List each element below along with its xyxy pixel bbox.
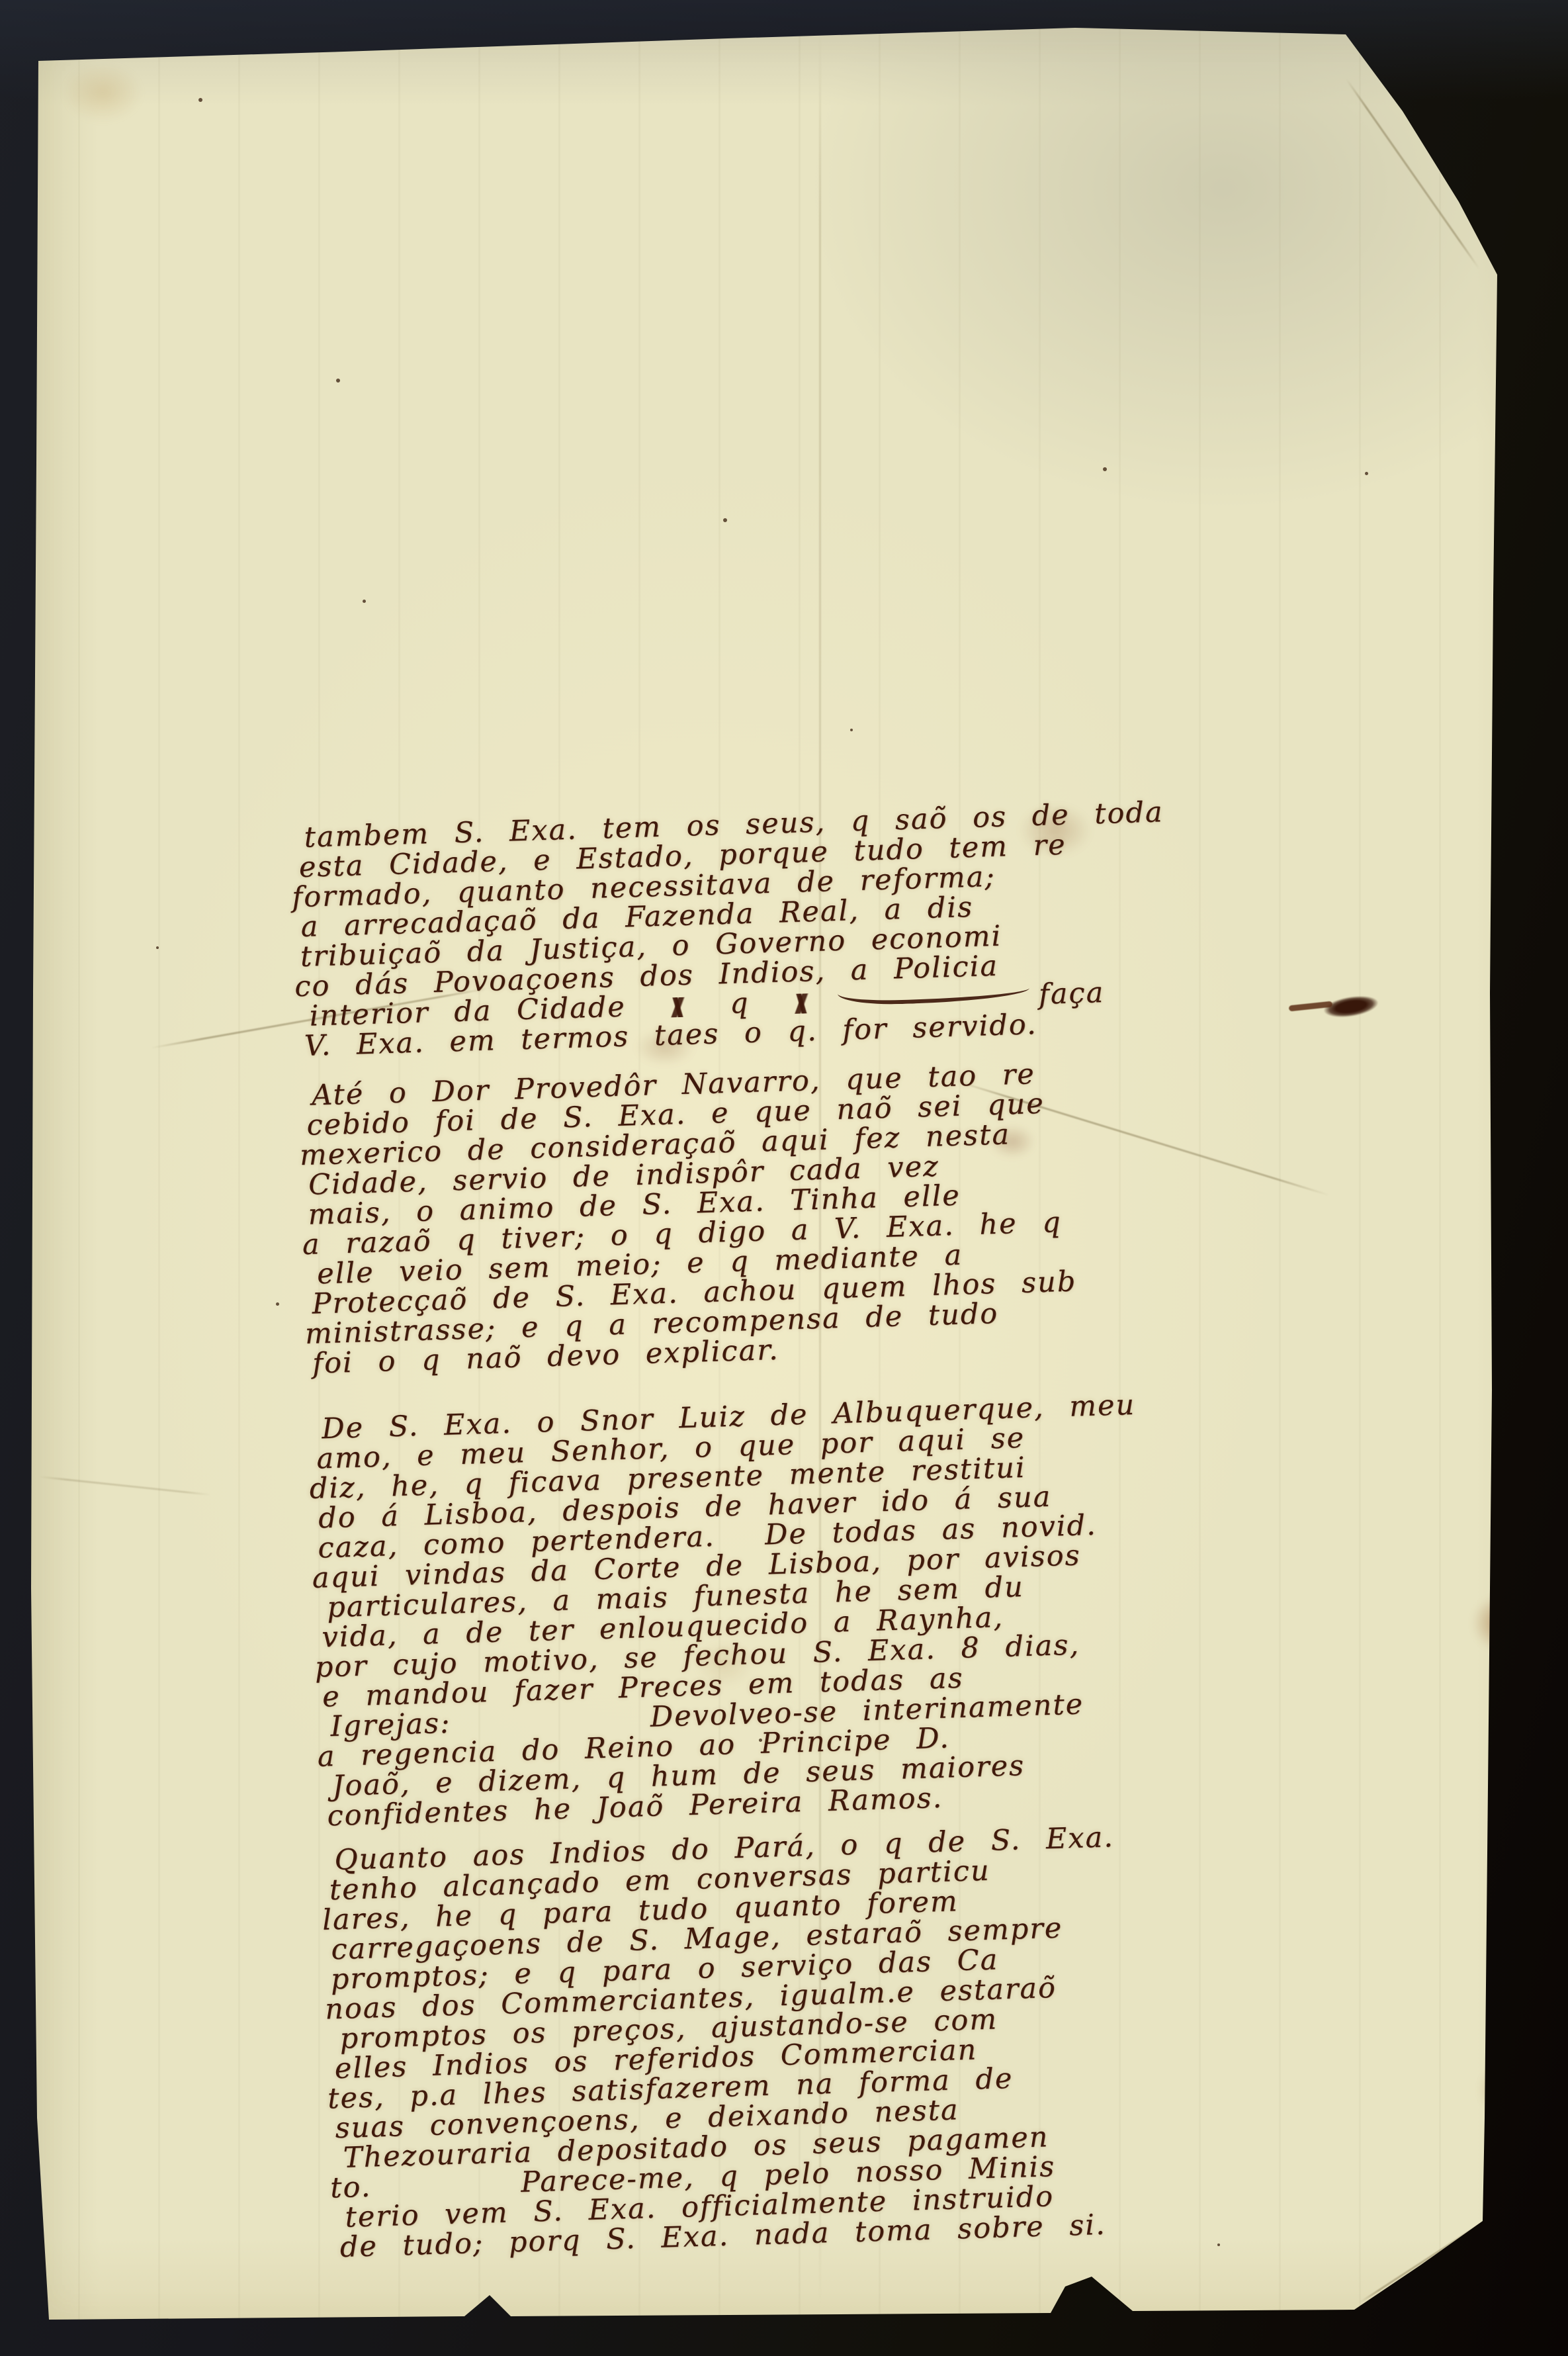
ink-blot-tail [1289, 1001, 1333, 1012]
text-line: vida, a de ter enlouquecido a Raynha, [322, 1591, 1394, 1653]
text-line: diz, he, q ficava presente mente restitu… [309, 1443, 1389, 1504]
diagonal-crease-left [151, 987, 490, 1049]
text-line: suas convençoens, e deixando nesta [335, 2082, 1409, 2144]
text-line: V. Exa. em termos taes o q. for servido. [304, 1000, 1376, 1062]
text-line: tribuiçaõ da Justiça, o Governo economi [300, 911, 1373, 972]
ink-blot [1322, 993, 1380, 1021]
paper-speck [363, 600, 366, 603]
text-line: aqui vindas da Corte de Lisboa, por avis… [312, 1531, 1392, 1593]
text-line: noas dos Commerciantes, igualm.e estaraõ [325, 1963, 1405, 2024]
text-line: tambem S. Exa. tem os seus, q saõ os de … [304, 792, 1370, 853]
strikethrough-scribble [782, 993, 821, 1015]
corner-crease-bottom-right [1359, 2217, 1491, 2304]
foxing-stain [1472, 1595, 1528, 1651]
text-line: por cujo motivo, se fechou S. Exa. 8 dia… [314, 1621, 1395, 1682]
text-line: terio vem S. Exa. officialmente instruid… [345, 2171, 1411, 2233]
text-line: confidentes he Joaõ Pereira Ramos. [327, 1770, 1399, 1831]
diagonal-crease-right [956, 1080, 1330, 1196]
paper-speck [1103, 467, 1107, 471]
text-line: carregaçoens de S. Mage, estaraõ sempre [331, 1903, 1403, 1965]
text-line: de tudo; porq S. Exa. nada toma sobre si… [339, 2201, 1412, 2263]
paragraph: Até o Dor Provedôr Navarro, que tao rece… [306, 1050, 1386, 1379]
text-line: mexerico de consideraçaõ aqui fez nesta [299, 1109, 1379, 1171]
strikethrough-scribble [658, 997, 697, 1018]
paragraph: Quanto aos Indios do Pará, o q de S. Exa… [328, 1814, 1412, 2263]
text-line: e mandou fazer Preces em todas as [322, 1651, 1396, 1712]
text-line: elle veio sem meio; e q mediante a [317, 1228, 1383, 1290]
text-line: particulares, a mais funesta he sem du [327, 1561, 1393, 1623]
photograph-background: tambem S. Exa. tem os seus, q saõ os de … [0, 0, 1568, 2356]
text-line: elles Indios os referidos Commercian [334, 2022, 1407, 2084]
text-line: a razaõ q tiver; o q digo a V. Exa. he q [302, 1199, 1382, 1260]
foxing-stain [63, 63, 142, 122]
paper-speck [156, 946, 159, 949]
text-line: mais, o animo de S. Exa. Tinha elle [308, 1169, 1381, 1230]
text-line: interior da Cidade q faça [309, 970, 1375, 1032]
text-line: cebido foi de S. Exa. e que naõ sei que [306, 1079, 1379, 1141]
text-line: tes, p.a lhes satisfazerem na forma de [327, 2052, 1408, 2114]
manuscript-text: tambem S. Exa. tem os seus, q saõ os de … [298, 792, 1412, 2263]
text-line: formado, quanto necessitava de reforma; [292, 851, 1372, 913]
flourish-dash [838, 985, 1030, 1006]
foxing-stain [695, 1641, 754, 1688]
paper-speck [276, 1302, 279, 1306]
manuscript-page: tambem S. Exa. tem os seus, q saõ os de … [0, 0, 1568, 2356]
paper-speck [1365, 472, 1368, 475]
paper-speck [336, 379, 340, 383]
text-line: Protecçaõ de S. Exa. achou quem lhos sub [312, 1258, 1384, 1320]
text-line: tenho alcançado em conversas particu [329, 1844, 1401, 1905]
paragraph: tambem S. Exa. tem os seus, q saõ os de … [298, 792, 1376, 1062]
text-line: a regencia do Reino ao Principe D. [317, 1710, 1397, 1772]
paper-speck [198, 98, 202, 102]
text-line: De S. Exa. o Snor Luiz de Albuquerque, m… [322, 1383, 1388, 1445]
foxing-stain [635, 1029, 695, 1065]
text-line: a arrecadaçaõ da Fazenda Real, a dis [300, 881, 1373, 942]
text-line: Cidade, servio de indispôr cada vez [308, 1139, 1381, 1201]
text-line: esta Cidade, e Estado, porque tudo tem r… [298, 821, 1371, 883]
foxing-stain [1479, 2065, 1528, 2114]
text-line: lares, he q para tudo quanto forem [322, 1874, 1403, 1935]
text-line: do á Lisboa, despois de haver ido á sua [318, 1472, 1391, 1533]
foxing-stain [989, 1125, 1035, 1158]
paper-speck [723, 518, 727, 522]
text-line: ministrasse; e q a recompensa de tudo [304, 1288, 1385, 1349]
text-line: Quanto aos Indios do Pará, o q de S. Exa… [334, 1814, 1401, 1876]
text-line: caza, como pertendera. De todas as novid… [318, 1502, 1391, 1563]
foxing-stain [1019, 804, 1092, 857]
faint-crease-left [40, 1476, 211, 1496]
paper-speck [759, 1739, 762, 1742]
text-line: Joaõ, e dizem, q hum de seus maiores [332, 1740, 1399, 1801]
text-line: Até o Dor Provedôr Navarro, que tao re [312, 1050, 1378, 1111]
text-line: promptos; e q para o serviço das Ca [330, 1933, 1404, 1995]
paper-speck [850, 729, 853, 731]
text-line: co dás Povoaçoens dos Indios, a Policia [294, 940, 1375, 1002]
text-line: to. Parece-me, q pelo nosso Minis [330, 2142, 1411, 2203]
corner-crease-top-right [1346, 79, 1480, 269]
text-line: amo, e meu Senhor, o que por aqui se [316, 1413, 1389, 1474]
text-line: Thezouraria depositado os seus pagamen [343, 2112, 1409, 2173]
paper-speck [1217, 2243, 1220, 2246]
paragraph: De S. Exa. o Snor Luiz de Albuquerque, m… [316, 1383, 1399, 1832]
vertical-fold-crease [819, 34, 821, 2304]
text-line: Igrejas: Devolveo-se interinamente [330, 1680, 1397, 1742]
text-line: foi o q naõ devo explicar. [312, 1318, 1386, 1379]
paper-speck [465, 2216, 468, 2219]
text-line: promptos os preços, ajustando-se com [339, 1993, 1406, 2054]
